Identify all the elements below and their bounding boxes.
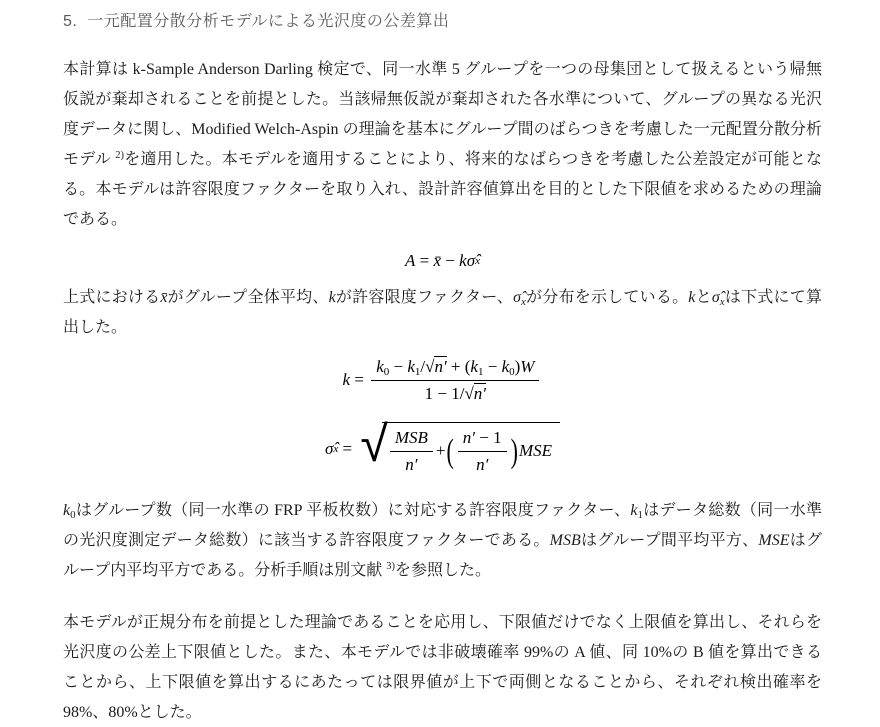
formula-sigma-lhs: σ̂x = [325, 439, 356, 459]
formula-a-value: A = x̄ − kσ̂x [63, 247, 822, 275]
fraction-denominator: n′ [471, 452, 493, 475]
fraction: MSB n′ [390, 428, 433, 475]
left-paren: ( [446, 431, 453, 471]
paragraph-upper-lower-limits: 本モデルが正規分布を前提とした理論であることを応用し、下限値だけでなく上限値を算… [63, 608, 822, 727]
radical-sign-icon: √ [360, 424, 387, 464]
right-paren: ) [511, 431, 518, 471]
formula-a-expression: A = x̄ − kσ̂x [405, 251, 480, 271]
radicand: MSB n′ + ( n′ − 1 n′ ) MSE [382, 422, 560, 477]
fraction-denominator: n′ [400, 452, 422, 475]
paragraph-factor-explanation: k0はグループ数（同一水準の FRP 平板枚数）に対応する許容限度ファクター、k… [63, 496, 822, 586]
fraction-denominator: 1 − 1/√n′ [420, 381, 491, 404]
mse-term: MSE [519, 441, 552, 461]
formula-k-factor: k = k0 − k1/√n′ + (k1 − k0)W 1 − 1/√n′ [63, 352, 822, 408]
fraction: n′ − 1 n′ [458, 428, 507, 475]
paragraph-symbol-definitions: 上式におけるx̄がグループ全体平均、kが許容限度ファクター、σ̂xが分布を示して… [63, 283, 822, 343]
fraction: k0 − k1/√n′ + (k1 − k0)W 1 − 1/√n′ [371, 357, 539, 404]
formula-k-lhs: k = [343, 370, 369, 390]
fraction-numerator: MSB [390, 428, 433, 452]
formula-sigma-hat: σ̂x = √ MSB n′ + ( n′ − 1 n′ ) MSE [63, 420, 822, 478]
plus-operator: + [436, 441, 446, 461]
square-root: √ MSB n′ + ( n′ − 1 n′ ) MSE [360, 422, 560, 477]
fraction-numerator: n′ − 1 [458, 428, 507, 452]
document-page: 5. 一元配置分散分析モデルによる光沢度の公差算出 本計算は k-Sample … [0, 0, 880, 727]
paragraph-method-premise: 本計算は k-Sample Anderson Darling 検定で、同一水準 … [63, 55, 822, 235]
section-heading: 5. 一元配置分散分析モデルによる光沢度の公差算出 [63, 10, 822, 34]
fraction-numerator: k0 − k1/√n′ + (k1 − k0)W [371, 357, 539, 381]
